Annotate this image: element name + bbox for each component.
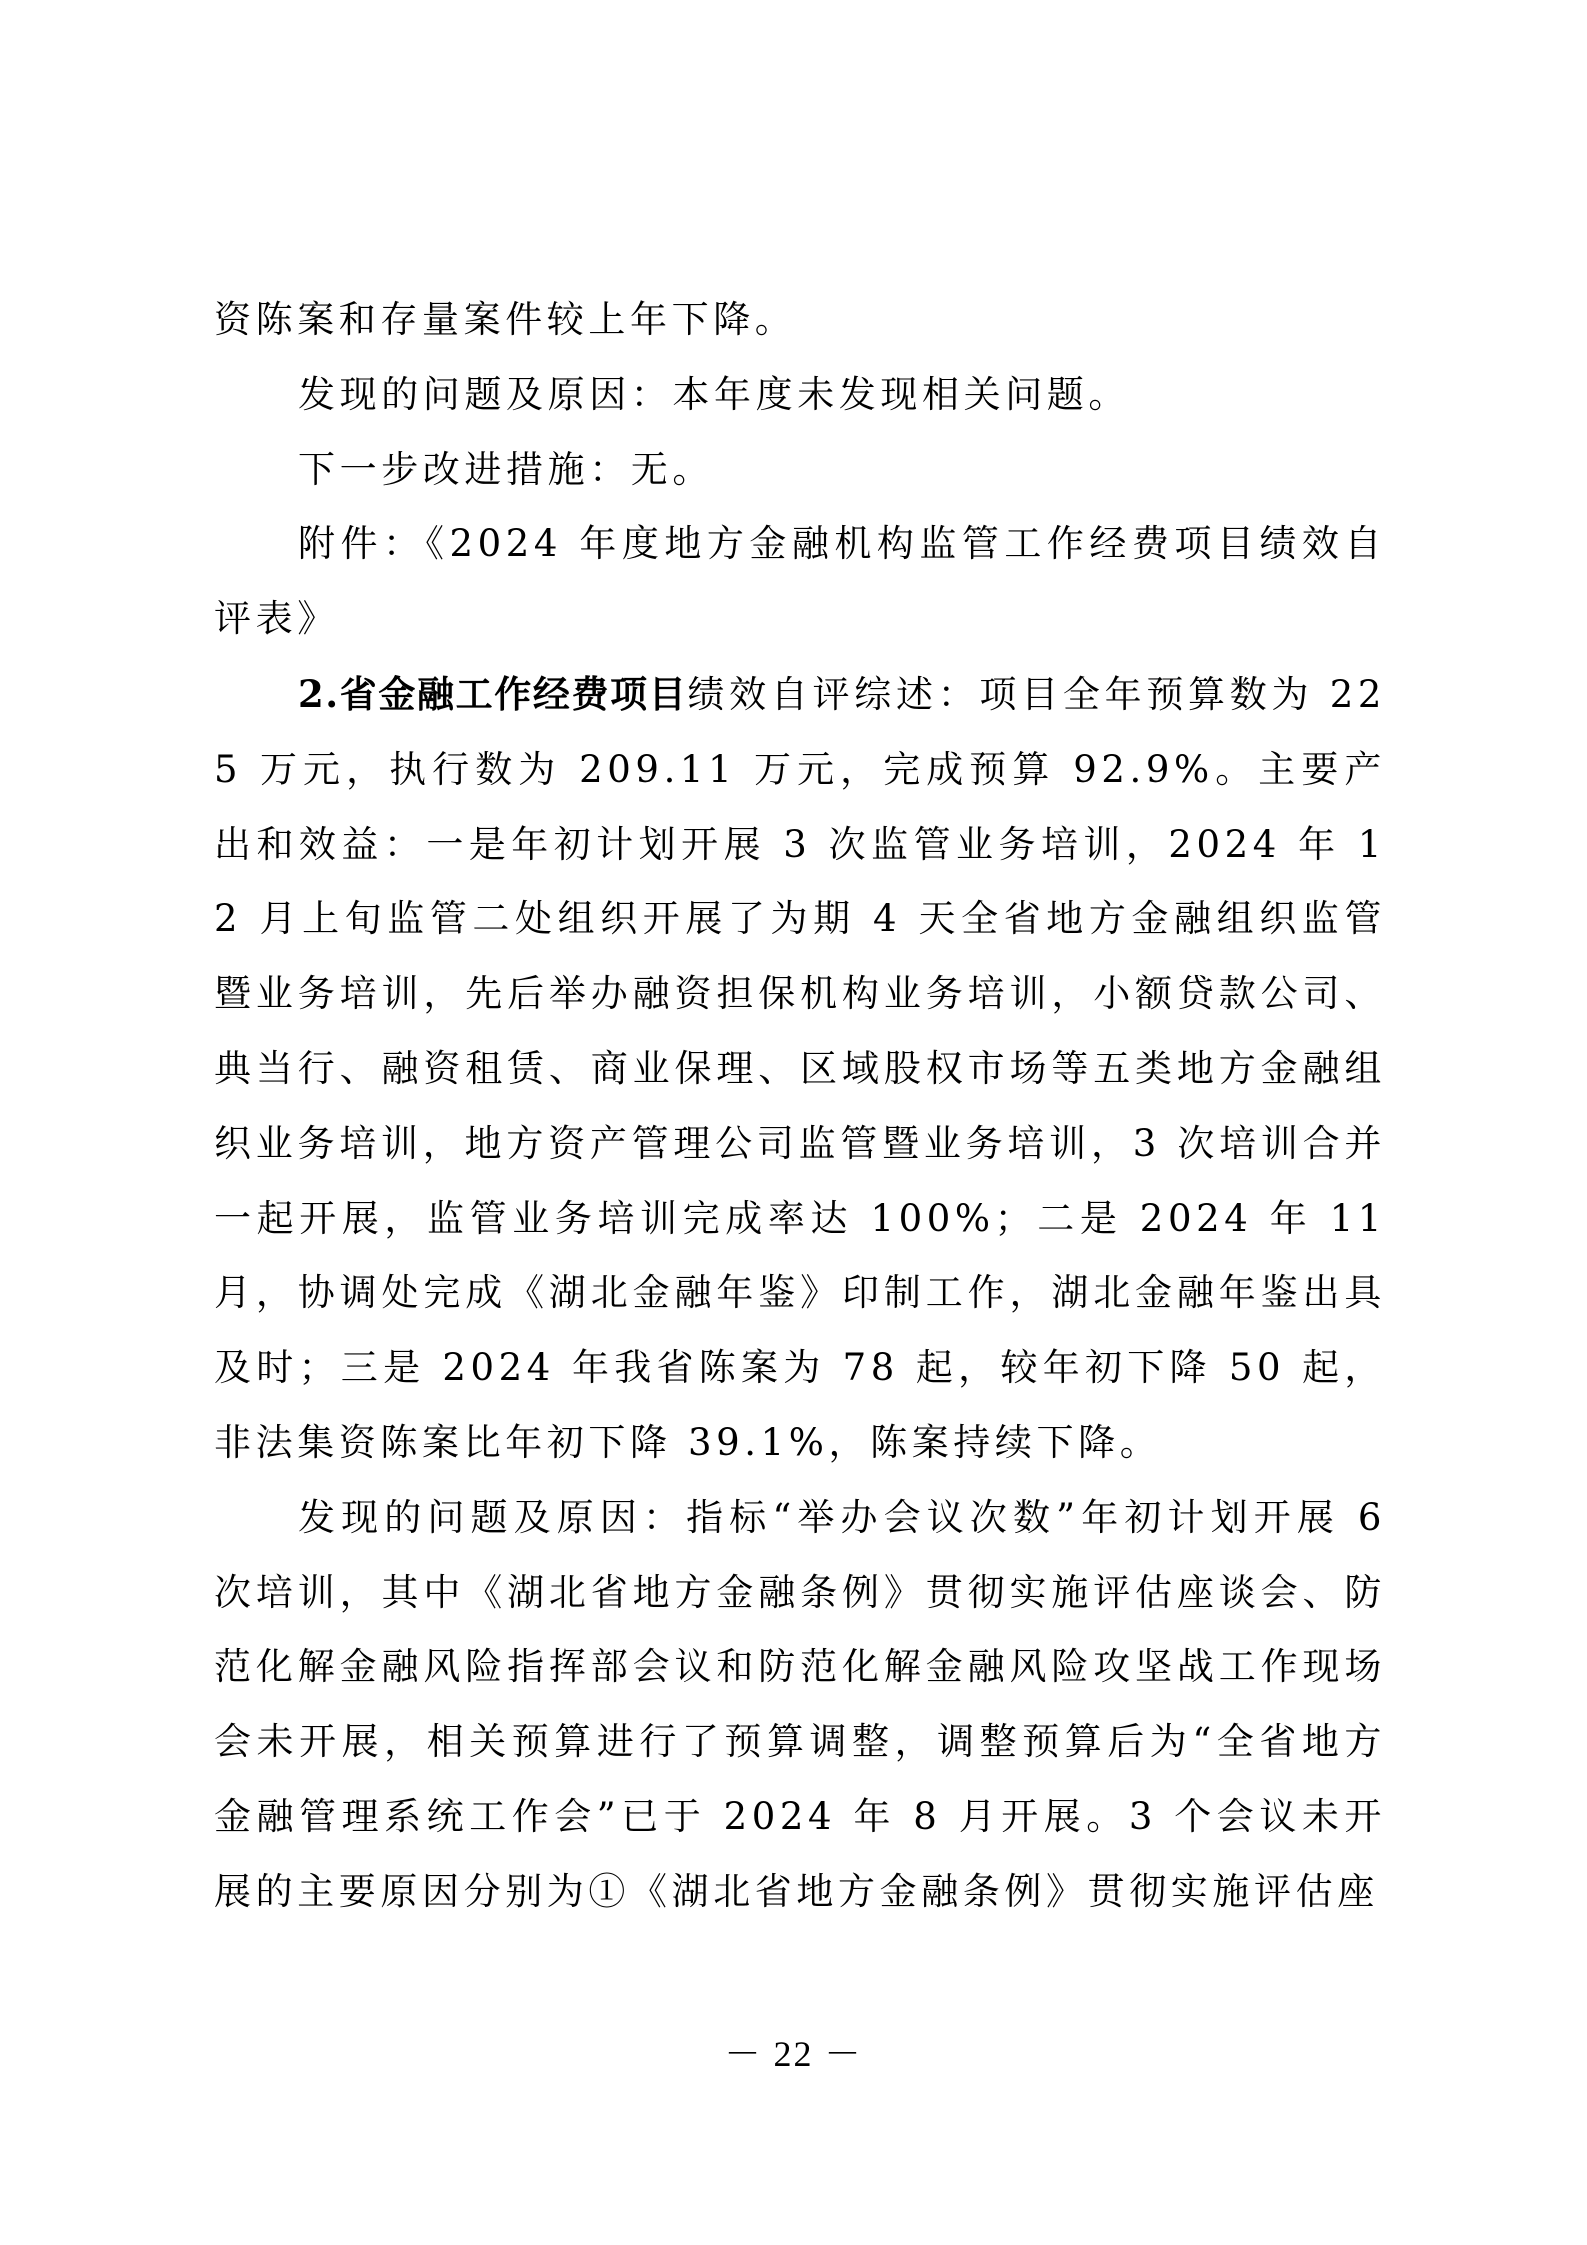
document-body: 资陈案和存量案件较上年下降。 发现的问题及原因：本年度未发现相关问题。 下一步改… [214,283,1386,1930]
paragraph-case-decline-continued: 资陈案和存量案件较上年下降。 [214,283,1386,358]
paragraph-project-2-issues: 发现的问题及原因：指标“举办会议次数”年初计划开展 6 次培训，其中《湖北省地方… [214,1481,1386,1930]
page-number: － 22 － [0,2032,1587,2076]
paragraph-text: 资陈案和存量案件较上年下降。 [214,298,796,341]
paragraph-project-2-summary: 2.省金融工作经费项目绩效自评综述：项目全年预算数为 225 万元，执行数为 2… [214,657,1386,1481]
paragraph-next-steps: 下一步改进措施：无。 [214,433,1386,508]
paragraph-text: 发现的问题及原因：指标“举办会议次数”年初计划开展 6 次培训，其中《湖北省地方… [214,1496,1386,1913]
paragraph-attachment: 附件：《2024 年度地方金融机构监管工作经费项目绩效自评表》 [214,507,1386,657]
paragraph-text: 绩效自评综述：项目全年预算数为 225 万元，执行数为 209.11 万元，完成… [214,673,1386,1464]
section-heading: 2.省金融工作经费项目 [298,672,687,716]
paragraph-issues-found: 发现的问题及原因：本年度未发现相关问题。 [214,358,1386,433]
paragraph-text: 附件：《2024 年度地方金融机构监管工作经费项目绩效自评表》 [214,522,1386,640]
paragraph-text: 发现的问题及原因：本年度未发现相关问题。 [298,373,1130,416]
paragraph-text: 下一步改进措施：无。 [298,448,714,491]
